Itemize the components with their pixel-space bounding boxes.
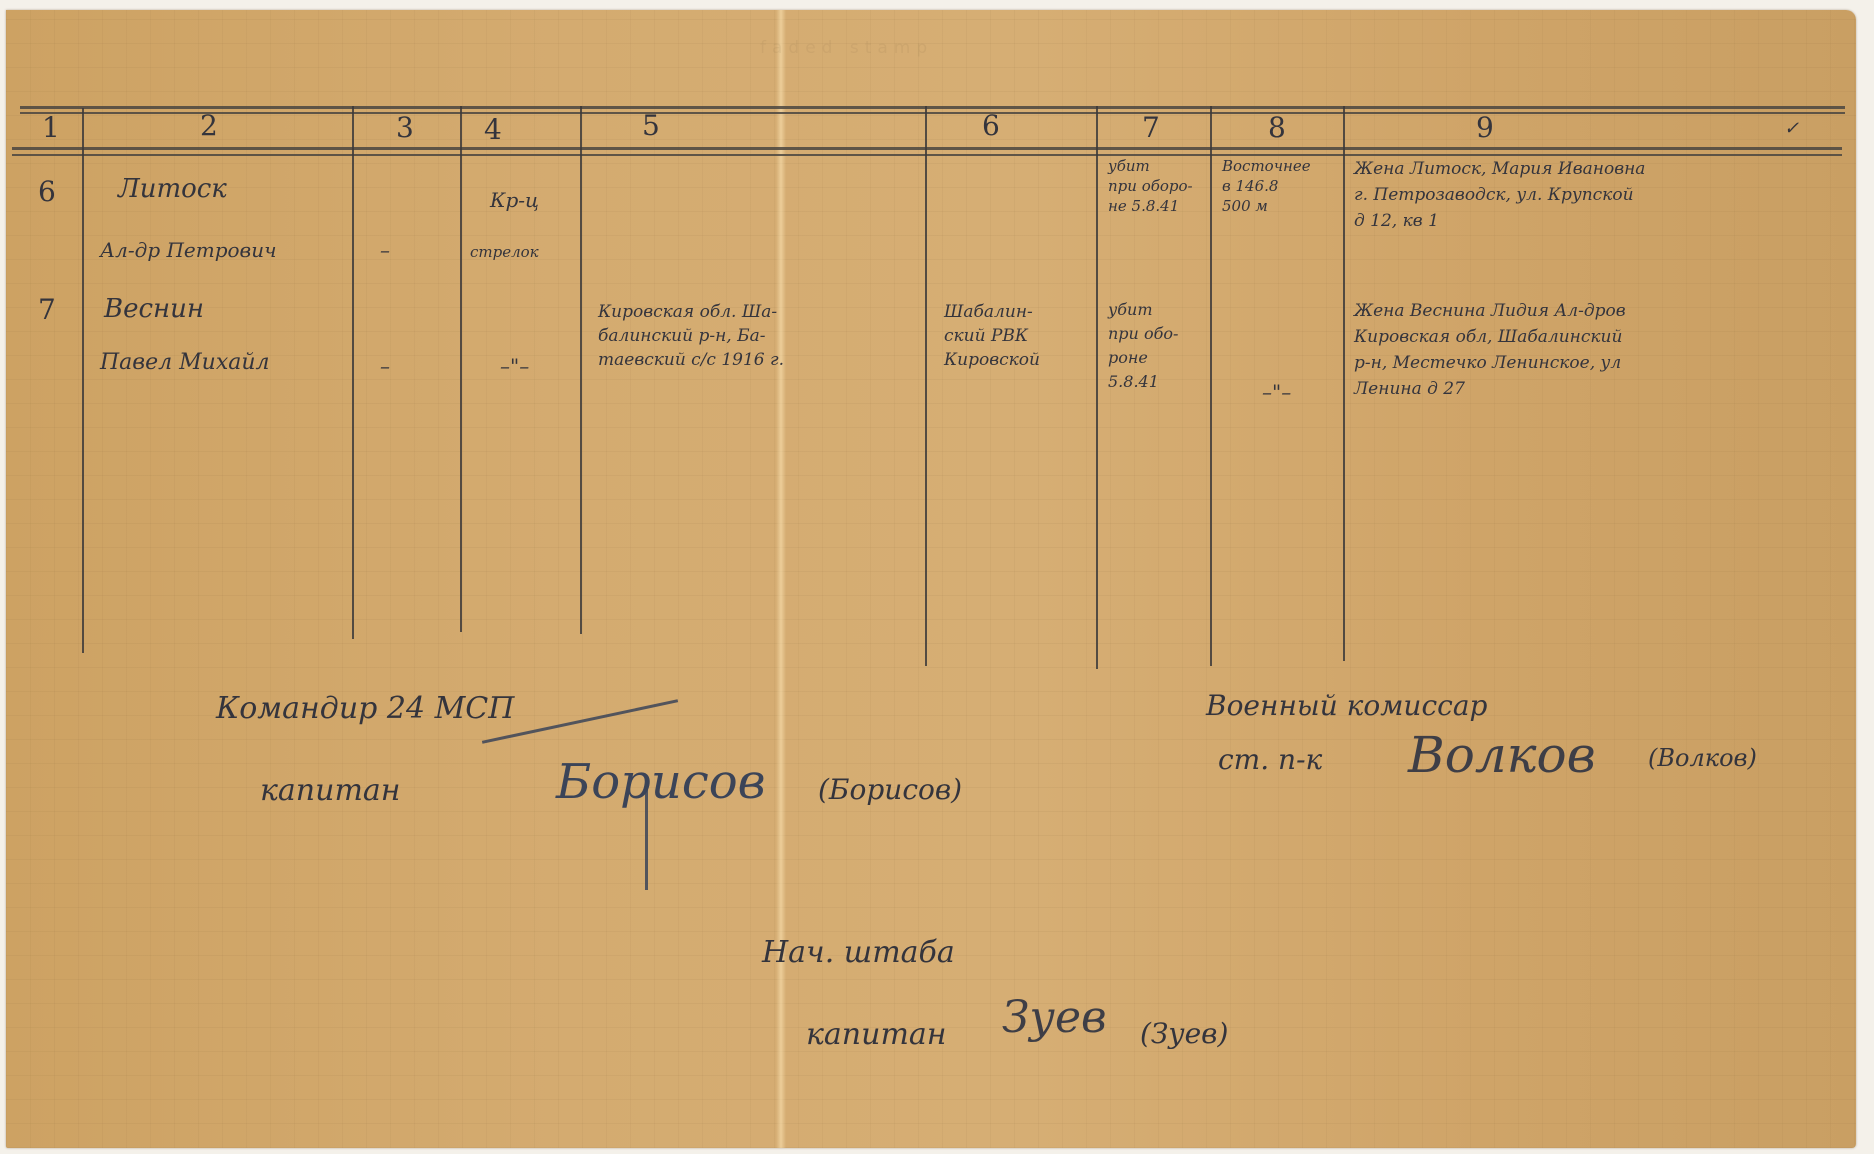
chief-of-staff-title: Нач. штаба	[762, 938, 955, 968]
commissar-rank: ст. п-к	[1218, 746, 1322, 774]
row-number: 6	[38, 178, 56, 206]
row-birthplace: Кировская обл. Ша- балинский р-н, Ба- та…	[598, 300, 784, 372]
row-rank: –"–	[500, 356, 529, 376]
commander-title: Командир 24 МСП	[216, 694, 514, 724]
column-header-4: 4	[484, 116, 502, 144]
row-burial: Восточнее в 146.8 500 м	[1222, 156, 1311, 216]
row-given-names: Ал-др Петрович	[100, 240, 277, 260]
column-divider	[925, 106, 927, 666]
faded-stamp: faded stamp	[760, 38, 933, 58]
row-col3: –	[380, 356, 390, 376]
row-surname: Веснин	[104, 296, 204, 322]
row-number: 7	[38, 296, 56, 324]
row-drafted-by: Шабалин- ский РВК Кировской	[944, 300, 1040, 372]
commander-rank: капитан	[260, 776, 401, 806]
check-mark-icon: ✓	[1784, 120, 1799, 138]
row-rank-2: стрелок	[470, 242, 539, 262]
commander-signature: Борисов	[556, 758, 766, 806]
header-top-rule-2	[20, 112, 1845, 114]
paper-fold	[776, 10, 786, 1148]
column-header-9: 9	[1476, 114, 1494, 142]
column-divider	[460, 106, 462, 632]
column-header-5: 5	[642, 112, 660, 140]
column-divider	[1096, 106, 1098, 669]
column-header-6: 6	[982, 112, 1000, 140]
signature-stroke	[645, 778, 648, 890]
row-rank: Кр-ц	[490, 190, 539, 210]
header-top-rule	[20, 106, 1845, 109]
column-divider	[82, 108, 84, 653]
row-fate: убит при обо- роне 5.8.41	[1108, 298, 1178, 394]
row-col3: –	[380, 240, 390, 260]
row-next-of-kin: Жена Литоск, Мария Ивановна г. Петрозаво…	[1354, 156, 1645, 234]
row-burial: –"–	[1262, 382, 1291, 402]
commander-name: (Борисов)	[818, 776, 962, 804]
row-next-of-kin: Жена Веснина Лидия Ал-дров Кировская обл…	[1354, 298, 1626, 402]
commissar-name: (Волков)	[1648, 746, 1757, 770]
column-header-2: 2	[200, 112, 218, 140]
column-header-1: 1	[42, 114, 60, 142]
commissar-signature: Волков	[1408, 730, 1596, 780]
column-header-7: 7	[1142, 114, 1160, 142]
column-divider	[1343, 106, 1345, 661]
column-header-8: 8	[1268, 114, 1286, 142]
column-divider	[1210, 106, 1212, 666]
chief-of-staff-name: (Зуев)	[1140, 1020, 1228, 1048]
column-header-3: 3	[396, 114, 414, 142]
chief-of-staff-rank: капитан	[806, 1020, 947, 1050]
commissar-title: Военный комиссар	[1206, 692, 1487, 720]
row-surname: Литоск	[118, 176, 227, 202]
column-divider	[580, 106, 582, 634]
header-bottom-rule	[12, 147, 1842, 150]
chief-of-staff-signature: Зуев	[1002, 996, 1107, 1040]
row-given-names: Павел Михайл	[100, 352, 270, 374]
column-divider	[352, 106, 354, 639]
row-fate: убит при оборо- не 5.8.41	[1108, 156, 1193, 216]
